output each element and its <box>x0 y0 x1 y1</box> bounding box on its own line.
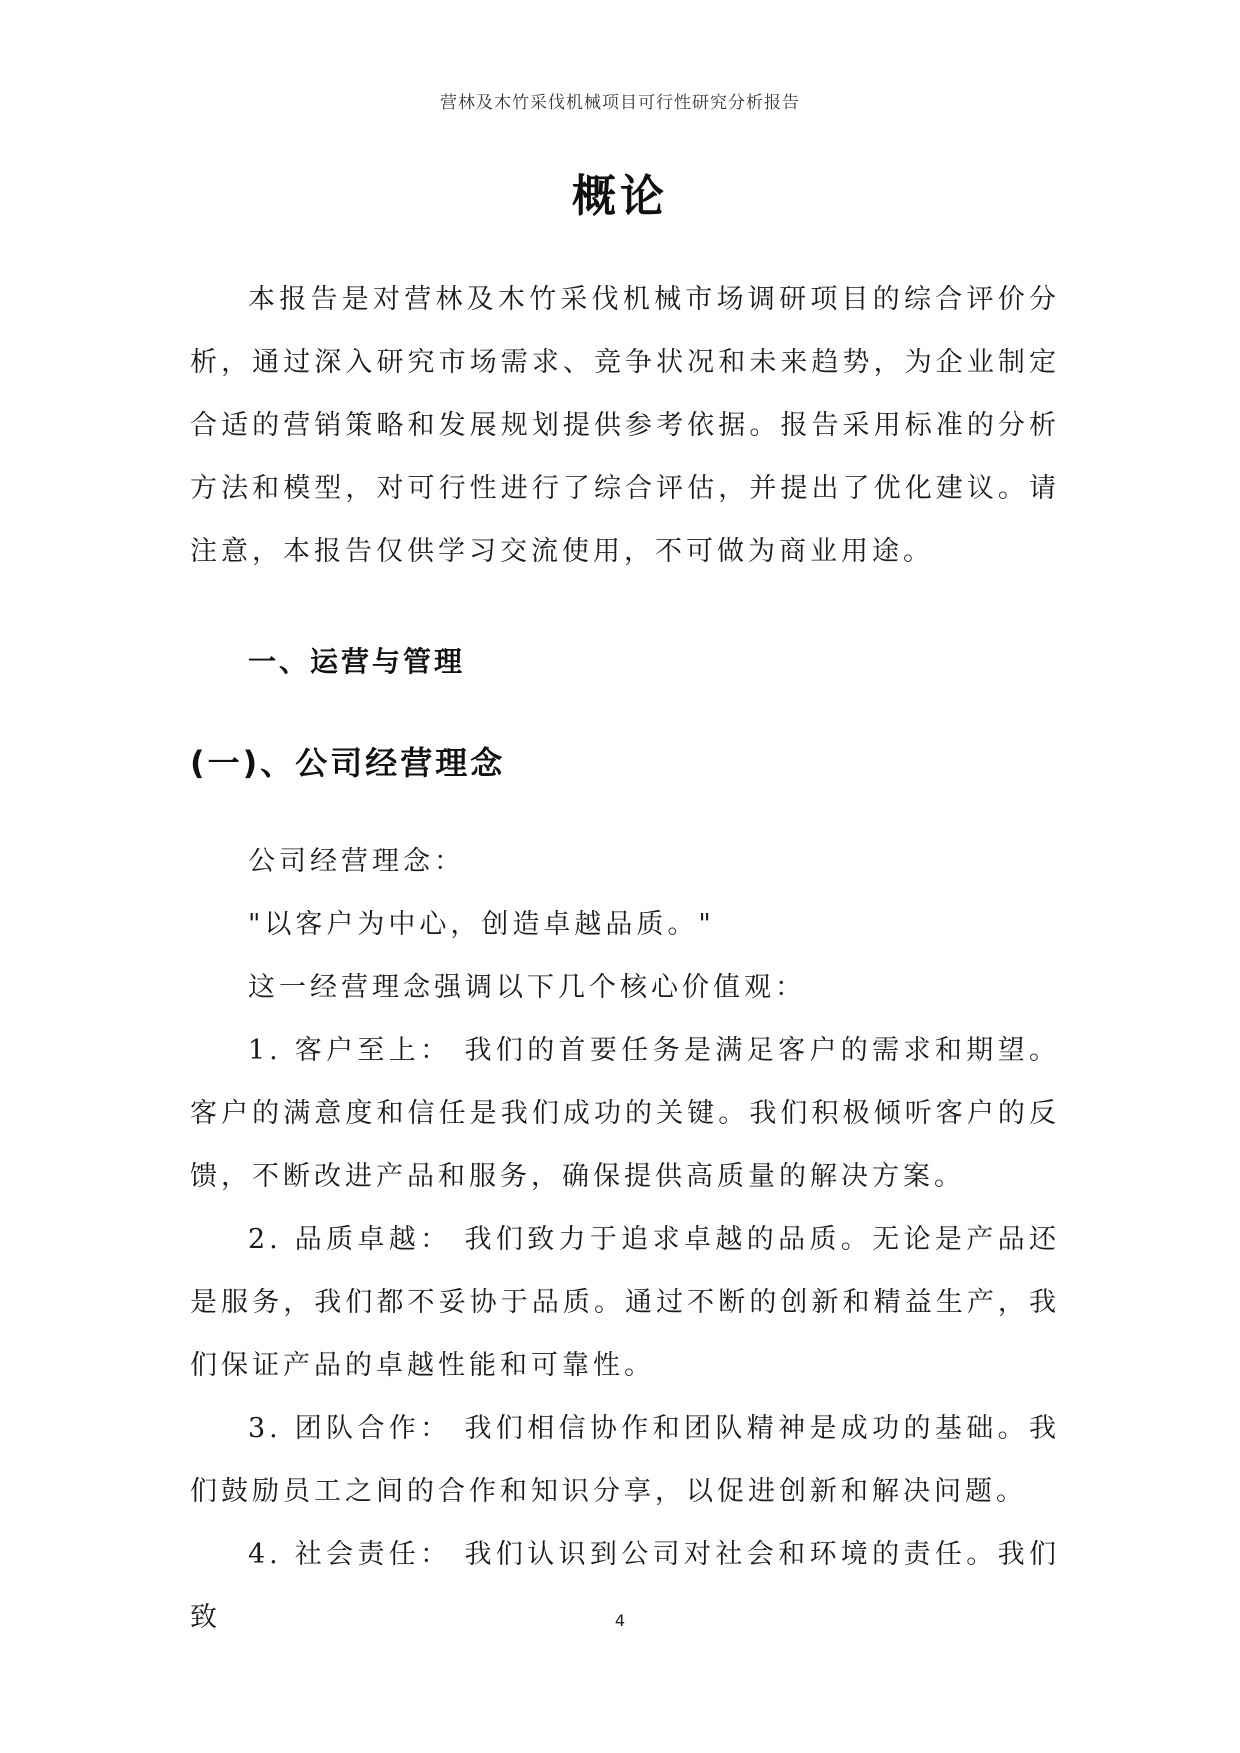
intro-paragraph: 本报告是对营林及木竹采伐机械市场调研项目的综合评价分析，通过深入研究市场需求、竞… <box>190 268 1060 583</box>
values-intro: 这一经营理念强调以下几个核心价值观： <box>190 956 1060 1019</box>
philosophy-slogan: "以客户为中心，创造卓越品质。" <box>190 893 1060 956</box>
subsection-body: 公司经营理念： "以客户为中心，创造卓越品质。" 这一经营理念强调以下几个核心价… <box>190 830 1060 1649</box>
running-header: 营林及木竹采伐机械项目可行性研究分析报告 <box>0 88 1240 113</box>
value-item-customer: 1. 客户至上： 我们的首要任务是满足客户的需求和期望。客户的满意度和信任是我们… <box>190 1019 1060 1208</box>
intro-section: 本报告是对营林及木竹采伐机械市场调研项目的综合评价分析，通过深入研究市场需求、竞… <box>190 268 1060 583</box>
philosophy-label: 公司经营理念： <box>190 830 1060 893</box>
page-title: 概论 <box>0 160 1240 224</box>
section-heading: 一、运营与管理 <box>248 640 465 680</box>
subsection-heading: (一)、公司经营理念 <box>190 738 505 784</box>
value-item-social-responsibility: 4. 社会责任： 我们认识到公司对社会和环境的责任。我们致 <box>190 1523 1060 1649</box>
value-item-quality: 2. 品质卓越： 我们致力于追求卓越的品质。无论是产品还是服务，我们都不妥协于品… <box>190 1208 1060 1397</box>
value-item-teamwork: 3. 团队合作： 我们相信协作和团队精神是成功的基础。我们鼓励员工之间的合作和知… <box>190 1397 1060 1523</box>
page-number: 4 <box>0 1611 1240 1630</box>
